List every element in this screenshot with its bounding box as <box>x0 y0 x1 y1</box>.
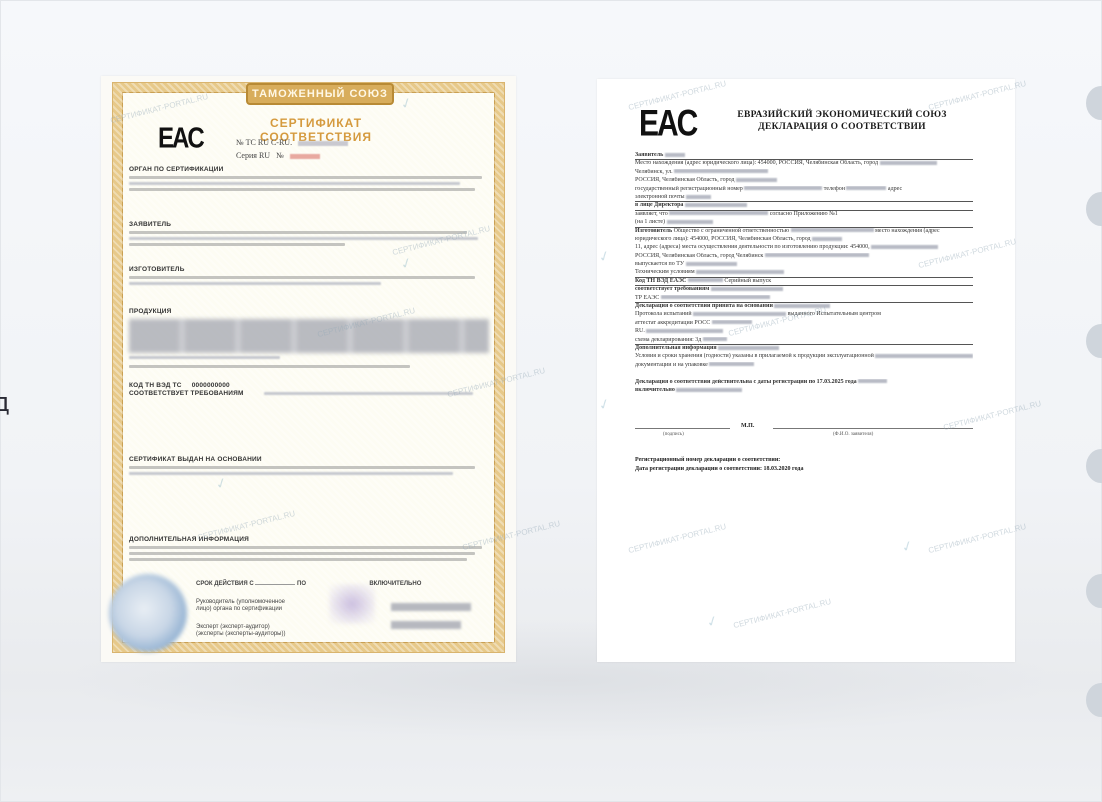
watermark-check-icon: ✓ <box>899 538 916 558</box>
watermark-check-icon: ✓ <box>596 396 613 416</box>
declaration-row: РОССИЯ, Челябинская Область, город Челяб… <box>635 253 973 261</box>
signature-expert-label: Эксперт (эксперт-аудитор) (эксперты (экс… <box>196 624 286 638</box>
declaration-row: выпускается по ТУ <box>635 261 973 269</box>
declaration-row: Код ТН ВЭД ЕАЭС Серийный выпуск <box>635 278 973 286</box>
declaration-row: Условия и сроки хранения (годности) указ… <box>635 353 973 361</box>
watermark-check-icon: ✓ <box>596 248 613 268</box>
declaration-row: Протокола испытаний выданного Испытатель… <box>635 311 973 319</box>
watermark: СЕРТИФИКАТ-PORTAL.RU <box>927 522 1027 555</box>
certificate-banner: ТАМОЖЕННЫЙ СОЮЗ <box>246 83 394 105</box>
eac-mark-icon: EAC <box>158 122 203 156</box>
certificate-series: Серия RU № <box>236 151 320 160</box>
offscreen-text-fragment: д <box>0 388 10 418</box>
section-issued-basis: СЕРТИФИКАТ ВЫДАН НА ОСНОВАНИИ <box>129 456 489 475</box>
registration-info: Регистрационный номер декларации о соотв… <box>635 456 803 474</box>
declaration-row: Техническим условиям <box>635 269 973 277</box>
declaration-row: ТР ЕАЭС <box>635 295 973 303</box>
declaration-row: (на 1 листе) <box>635 219 973 227</box>
watermark: СЕРТИФИКАТ-PORTAL.RU <box>627 522 727 555</box>
declaration-row <box>635 370 973 378</box>
declaration-row: схема декларирования: 3д <box>635 337 973 345</box>
signature-head-label: Руководитель (уполномоченное лицо) орган… <box>196 599 286 613</box>
declaration-row: аттестат аккредитации РОСС <box>635 320 973 328</box>
signature-stamp-icon <box>329 584 375 624</box>
declaration-title: ЕВРАЗИЙСКИЙ ЭКОНОМИЧЕСКИЙ СОЮЗ ДЕКЛАРАЦИ… <box>707 109 977 133</box>
watermark: СЕРТИФИКАТ-PORTAL.RU <box>732 597 832 630</box>
declaration-of-conformity-image[interactable]: EAC ЕВРАЗИЙСКИЙ ЭКОНОМИЧЕСКИЙ СОЮЗ ДЕКЛА… <box>597 79 1015 662</box>
section-product: ПРОДУКЦИЯ <box>129 308 489 368</box>
signature-lines: М.П. (подпись) (Ф.И.О. заявителя) <box>635 424 973 444</box>
declaration-row: юридического лица): 454000, РОССИЯ, Челя… <box>635 236 973 244</box>
watermark-check-icon: ✓ <box>704 613 721 633</box>
declaration-row: заявляет, что согласно Приложению №1 <box>635 211 973 219</box>
certificate-number: № ТС RU C-RU. <box>236 138 348 147</box>
declaration-row: электронной почты <box>635 194 973 202</box>
section-additional-info: ДОПОЛНИТЕЛЬНАЯ ИНФОРМАЦИЯ <box>129 536 489 561</box>
redacted-name <box>391 621 461 629</box>
declaration-body: Заявитель Место нахождения (адрес юридич… <box>635 152 973 395</box>
declaration-row: включительно <box>635 387 973 395</box>
declaration-row: соответствует требованиям <box>635 286 973 294</box>
declaration-row: Декларация о соответствии действительна … <box>635 379 973 387</box>
validity-period: СРОК ДЕЙСТВИЯ С ПО ВКЛЮЧИТЕЛЬНО <box>196 581 421 587</box>
declaration-row: Место нахождения (адрес юридического лиц… <box>635 160 973 168</box>
section-applicant: ЗАЯВИТЕЛЬ <box>129 221 489 246</box>
watermark: СЕРТИФИКАТ-PORTAL.RU <box>927 79 1027 112</box>
blue-seal-icon <box>109 574 187 652</box>
certificate-of-conformity-image[interactable]: ТАМОЖЕННЫЙ СОЮЗ СЕРТИФИКАТ СООТВЕТСТВИЯ … <box>101 76 516 662</box>
section-requirements: СООТВЕТСТВУЕТ ТРЕБОВАНИЯМ <box>129 390 489 395</box>
redacted-name <box>391 603 471 611</box>
declaration-row: документации и на упаковке <box>635 362 973 370</box>
declaration-row: Декларация о соответствии принята на осн… <box>635 303 973 311</box>
declaration-row: RU. <box>635 328 973 336</box>
declaration-row: Челябинск, ул. <box>635 169 973 177</box>
eac-mark-icon: EAC <box>639 103 696 146</box>
declaration-row: Заявитель <box>635 152 973 160</box>
declaration-row: Дополнительная информация <box>635 345 973 353</box>
section-certification-body: ОРГАН ПО СЕРТИФИКАЦИИ <box>129 166 489 191</box>
declaration-row: Изготовитель Общество с ограниченной отв… <box>635 228 973 236</box>
declaration-row: в лице Директора <box>635 202 973 210</box>
declaration-row: 11, адрес (адреса) места осуществления д… <box>635 244 973 252</box>
declaration-row: РОССИЯ, Челябинская Область, город <box>635 177 973 185</box>
section-manufacturer: ИЗГОТОВИТЕЛЬ <box>129 266 489 285</box>
declaration-row: государственный регистрационный номер те… <box>635 186 973 194</box>
